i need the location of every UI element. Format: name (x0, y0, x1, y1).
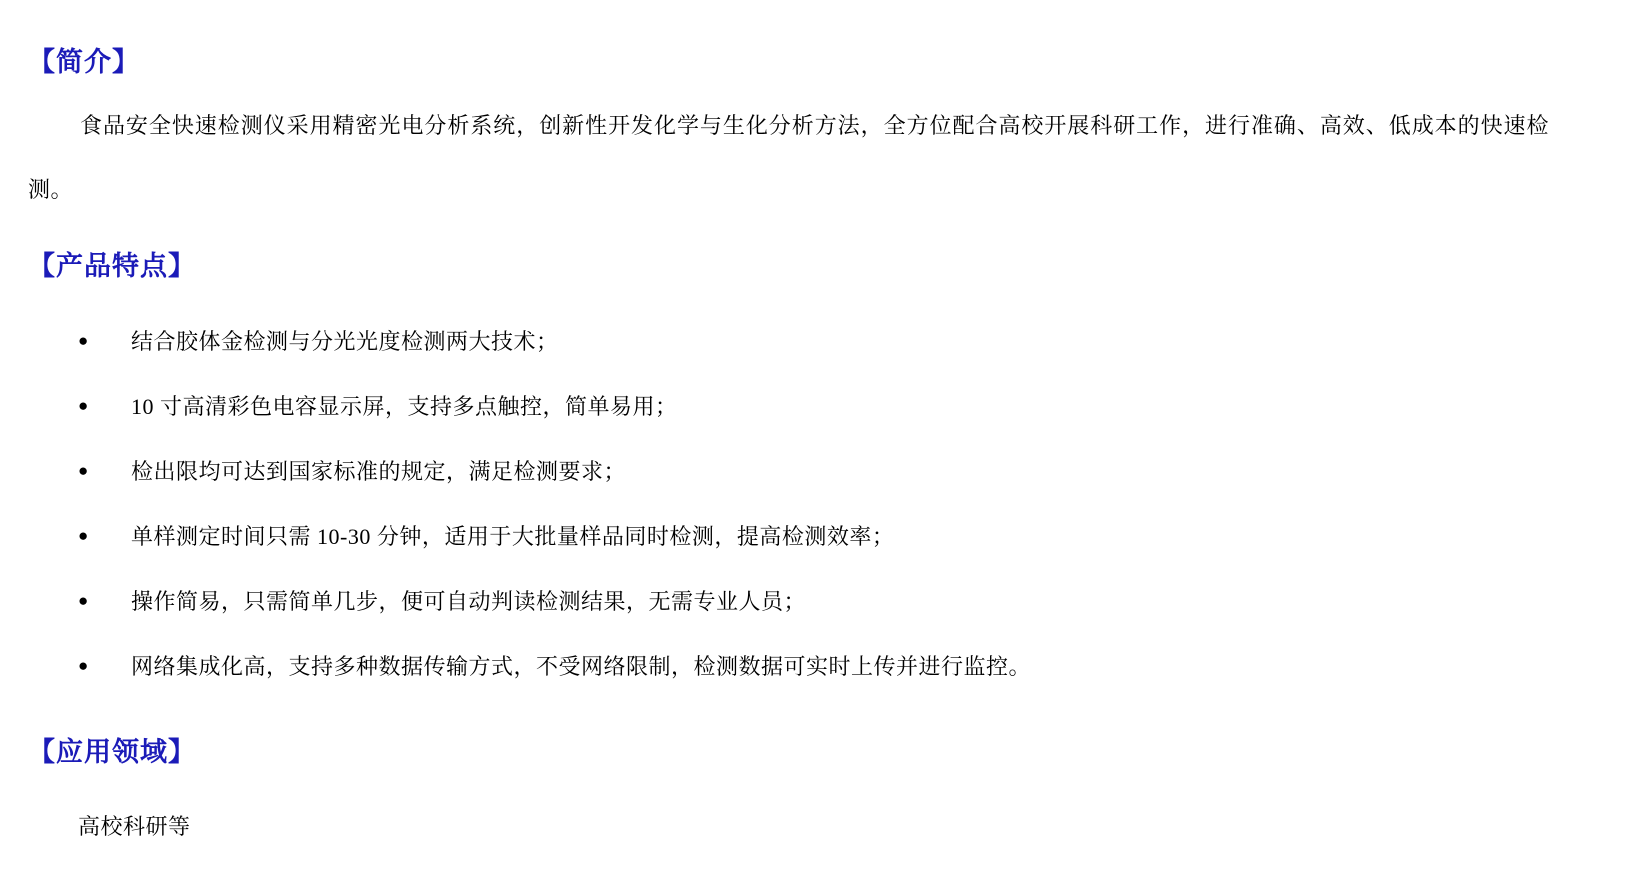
bullet-icon: ● (78, 332, 131, 349)
feature-text: 检出限均可达到国家标准的规定，满足检测要求； (131, 455, 626, 486)
section-heading-intro: 【简介】 (28, 44, 1549, 80)
feature-text: 单样测定时间只需 10-30 分钟，适用于大批量样品同时检测，提高检测效率； (131, 520, 894, 551)
document-page: 【简介】 食品安全快速检测仪采用精密光电分析系统，创新性开发化学与生化分析方法，… (0, 0, 1649, 891)
features-list: ● 结合胶体金检测与分光光度检测两大技术； ● 10 寸高清彩色电容显示屏，支持… (28, 308, 1549, 698)
applications-text: 高校科研等 (28, 810, 1549, 841)
list-item: ● 10 寸高清彩色电容显示屏，支持多点触控，简单易用； (28, 373, 1549, 438)
list-item: ● 单样测定时间只需 10-30 分钟，适用于大批量样品同时检测，提高检测效率； (28, 503, 1549, 568)
list-item: ● 操作简易，只需简单几步，便可自动判读检测结果，无需专业人员； (28, 568, 1549, 633)
feature-text: 网络集成化高，支持多种数据传输方式，不受网络限制，检测数据可实时上传并进行监控。 (131, 650, 1031, 681)
bullet-icon: ● (78, 592, 131, 609)
feature-text: 结合胶体金检测与分光光度检测两大技术； (131, 325, 559, 356)
intro-paragraph: 食品安全快速检测仪采用精密光电分析系统，创新性开发化学与生化分析方法，全方位配合… (28, 94, 1549, 222)
section-heading-applications: 【应用领域】 (28, 734, 1549, 770)
bullet-icon: ● (78, 527, 131, 544)
feature-text: 操作简易，只需简单几步，便可自动判读检测结果，无需专业人员； (131, 585, 806, 616)
bullet-icon: ● (78, 397, 131, 414)
section-heading-features: 【产品特点】 (28, 248, 1549, 284)
bullet-icon: ● (78, 462, 131, 479)
list-item: ● 检出限均可达到国家标准的规定，满足检测要求； (28, 438, 1549, 503)
list-item: ● 网络集成化高，支持多种数据传输方式，不受网络限制，检测数据可实时上传并进行监… (28, 633, 1549, 698)
feature-text: 10 寸高清彩色电容显示屏，支持多点触控，简单易用； (131, 390, 678, 421)
list-item: ● 结合胶体金检测与分光光度检测两大技术； (28, 308, 1549, 373)
bullet-icon: ● (78, 657, 131, 674)
